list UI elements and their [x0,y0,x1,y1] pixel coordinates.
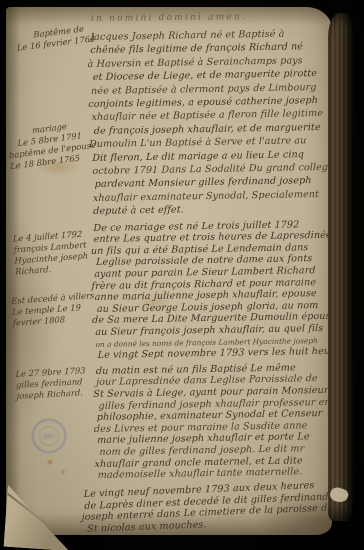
margin-note-naissance-francois: Le 4 juillet 1792françois LambertHyacint… [13,228,90,277]
photo-background: in nomini domini amen. Baptême deLe 16 f… [0,0,364,550]
paragraph-acte-deces: Le vingt neuf novembre 1793 aux deux heu… [84,479,352,536]
paragraph-naissance-second-fils: du matin est né un fils Baptisé Le mêmej… [96,361,350,481]
manuscript-line: deputé à cet effet. [93,201,345,219]
margin-note-deces-villers: Est decedé à villersLe temple Le 19fevri… [11,290,96,329]
margin-note-mariage: mariageLe 5 8bre 1791baptême de l'epouse… [6,118,98,172]
torn-corner [3,473,74,550]
manuscript-page: in nomini domini amen. Baptême deLe 16 f… [6,7,332,535]
margin-note-bapteme-epoux: Baptême deLe 16 fevrier 1764 [15,22,96,53]
archive-stamp-icon: AEL [29,416,69,456]
margin-note-naissance-gilles: Le 27 9bre 1793gilles ferdinandjoseph Ri… [15,365,87,402]
latin-invocation: in nomini domini amen. [6,11,332,24]
manuscript-body-text: Jacques Joseph Richard né et Baptisé àch… [90,27,351,536]
paragraph-acte-bapteme-mariage: Jacques Joseph Richard né et Baptisé àch… [90,27,345,219]
archive-stamp-letters: AEL [37,424,61,448]
margin-note-line: joseph Richard. [17,387,87,402]
paragraph-naissance-premier-fils: De ce mariage est né Le trois juillet 17… [93,218,347,362]
book-page-edges [328,13,353,521]
